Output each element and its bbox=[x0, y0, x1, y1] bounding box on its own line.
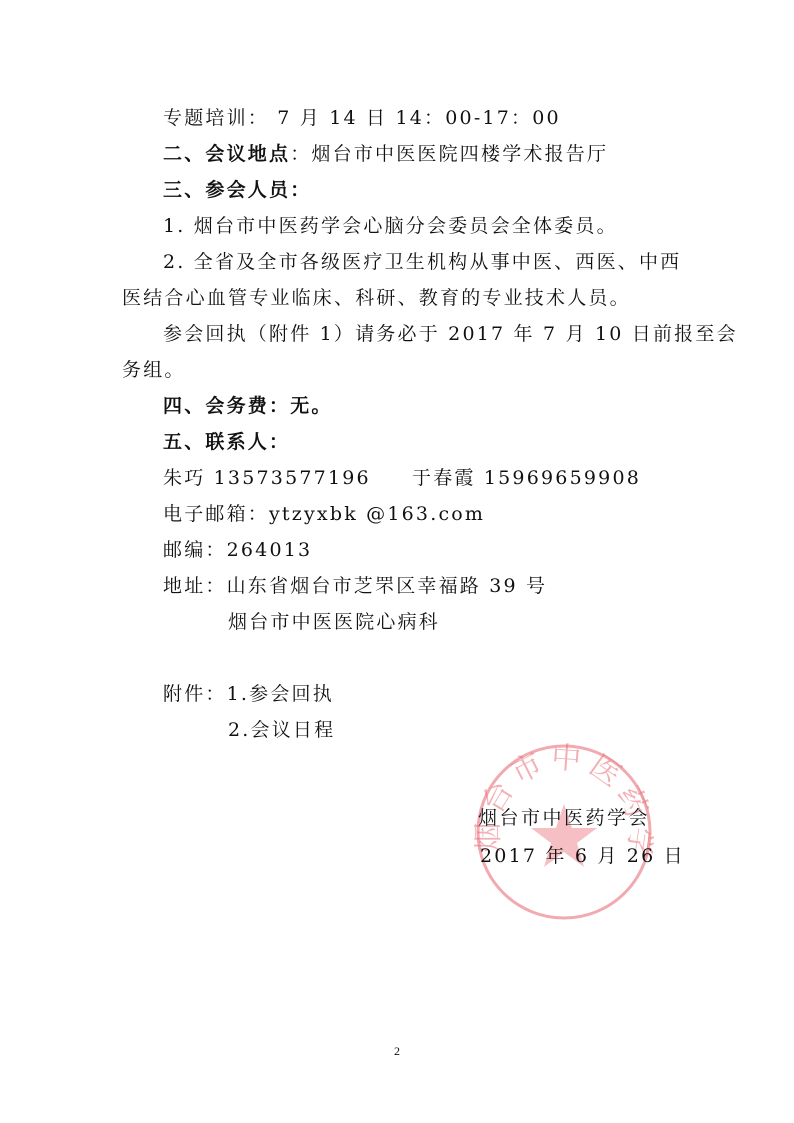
email-line: 电子邮箱：ytzyxbk @163.com bbox=[163, 502, 485, 526]
training-time: 专题培训： 7 月 14 日 14：00-17：00 bbox=[163, 106, 561, 130]
address-line-cont: 烟台市中医医院心病科 bbox=[228, 610, 440, 634]
attachment-2: 2.会议日程 bbox=[228, 718, 335, 742]
official-seal-stamp: 烟台市中医药学会 bbox=[474, 742, 654, 922]
address-line: 地址：山东省烟台市芝罘区幸福路 39 号 bbox=[163, 574, 547, 598]
venue-line: 二、会议地点：烟台市中医医院四楼学术报告厅 bbox=[163, 142, 608, 166]
receipt-note: 参会回执（附件 1）请务必于 2017 年 7 月 10 日前报至会 bbox=[163, 322, 738, 346]
attachment-1: 附件：1.参会回执 bbox=[163, 682, 334, 706]
attendee-item-1: 1. 烟台市中医药学会心脑分会委员会全体委员。 bbox=[163, 214, 618, 238]
attendee-item-2: 2. 全省及全市各级医疗卫生机构从事中医、西医、中西 bbox=[163, 250, 681, 274]
contact-persons: 朱巧 13573577196 于春霞 15969659908 bbox=[163, 466, 641, 490]
attendee-item-2-cont: 医结合心血管专业临床、科研、教育的专业技术人员。 bbox=[122, 286, 631, 310]
contact-heading: 五、联系人： bbox=[163, 430, 290, 454]
signature-org: 烟台市中医药学会 bbox=[478, 806, 650, 830]
postcode-line: 邮编：264013 bbox=[163, 538, 312, 562]
receipt-note-cont: 务组。 bbox=[122, 358, 186, 382]
fee-heading: 四、会务费：无。 bbox=[163, 394, 333, 418]
venue-text: ：烟台市中医医院四楼学术报告厅 bbox=[290, 143, 608, 165]
attendees-heading: 三、参会人员： bbox=[163, 178, 311, 202]
venue-heading: 二、会议地点 bbox=[163, 143, 290, 165]
signature-date: 2017 年 6 月 26 日 bbox=[480, 844, 685, 868]
page-number: 2 bbox=[394, 1044, 400, 1059]
